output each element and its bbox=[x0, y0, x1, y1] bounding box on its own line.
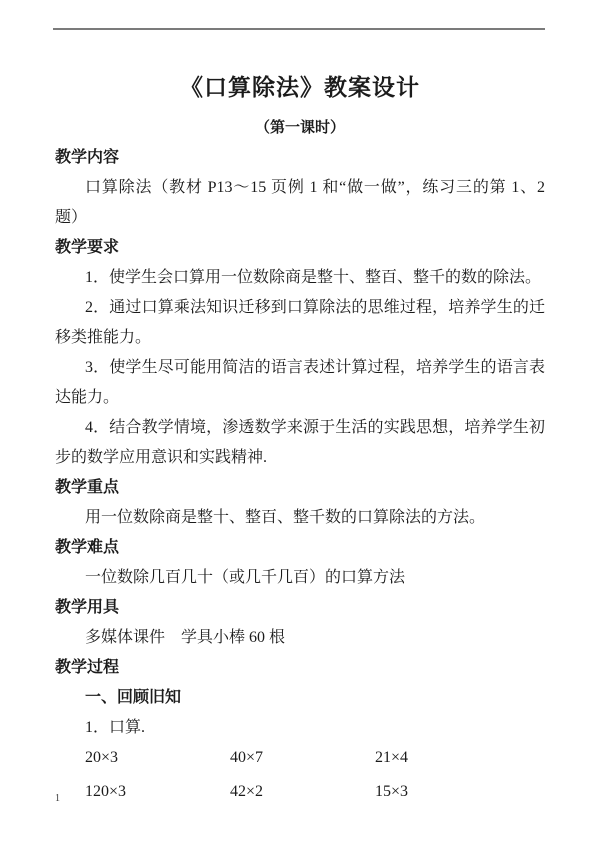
process-step-item: 1．口算. bbox=[55, 713, 545, 743]
paragraph-teaching-content: 口算除法（教材 P13～15 页例 1 和“做一做”，练习三的第 1、2 题） bbox=[55, 173, 545, 233]
document-body: 教学内容 口算除法（教材 P13～15 页例 1 和“做一做”，练习三的第 1、… bbox=[55, 143, 545, 807]
paragraph-tools: 多媒体课件 学具小棒 60 根 bbox=[55, 623, 545, 653]
equation: 21×4 bbox=[375, 743, 520, 773]
page-number: 1 bbox=[55, 793, 60, 805]
paragraph-requirement-3: 3．使学生尽可能用简洁的语言表述计算过程，培养学生的语言表达能力。 bbox=[55, 353, 545, 413]
doc-subtitle: （第一课时） bbox=[55, 117, 545, 139]
paragraph-requirement-4: 4．结合教学情境，渗透数学来源于生活的实践思想，培养学生初步的数学应用意识和实践… bbox=[55, 413, 545, 473]
paragraph-key-point: 用一位数除商是整十、整百、整千数的口算除法的方法。 bbox=[55, 503, 545, 533]
section-heading-teaching-process: 教学过程 bbox=[55, 653, 545, 683]
equation: 120×3 bbox=[85, 777, 230, 807]
document-content: 《口算除法》教案设计 （第一课时） 教学内容 口算除法（教材 P13～15 页例… bbox=[55, 0, 545, 807]
section-heading-teaching-content: 教学内容 bbox=[55, 143, 545, 173]
equation-row-2: 120×3 42×2 15×3 bbox=[55, 777, 545, 807]
equation: 20×3 bbox=[85, 743, 230, 773]
equation: 42×2 bbox=[230, 777, 375, 807]
process-step-heading: 一、回顾旧知 bbox=[55, 683, 545, 713]
equation: 15×3 bbox=[375, 777, 520, 807]
document-page: 《口算除法》教案设计 （第一课时） 教学内容 口算除法（教材 P13～15 页例… bbox=[0, 0, 600, 850]
equation: 40×7 bbox=[230, 743, 375, 773]
section-heading-teaching-requirements: 教学要求 bbox=[55, 233, 545, 263]
section-heading-teaching-tools: 教学用具 bbox=[55, 593, 545, 623]
section-heading-teaching-key-point: 教学重点 bbox=[55, 473, 545, 503]
paragraph-difficulty: 一位数除几百几十（或几千几百）的口算方法 bbox=[55, 563, 545, 593]
section-heading-teaching-difficulty: 教学难点 bbox=[55, 533, 545, 563]
paragraph-requirement-2: 2．通过口算乘法知识迁移到口算除法的思维过程，培养学生的迁移类推能力。 bbox=[55, 293, 545, 353]
equation-row-1: 20×3 40×7 21×4 bbox=[55, 743, 545, 773]
paragraph-requirement-1: 1．使学生会口算用一位数除商是整十、整百、整千的数的除法。 bbox=[55, 263, 545, 293]
doc-title: 《口算除法》教案设计 bbox=[55, 71, 545, 105]
